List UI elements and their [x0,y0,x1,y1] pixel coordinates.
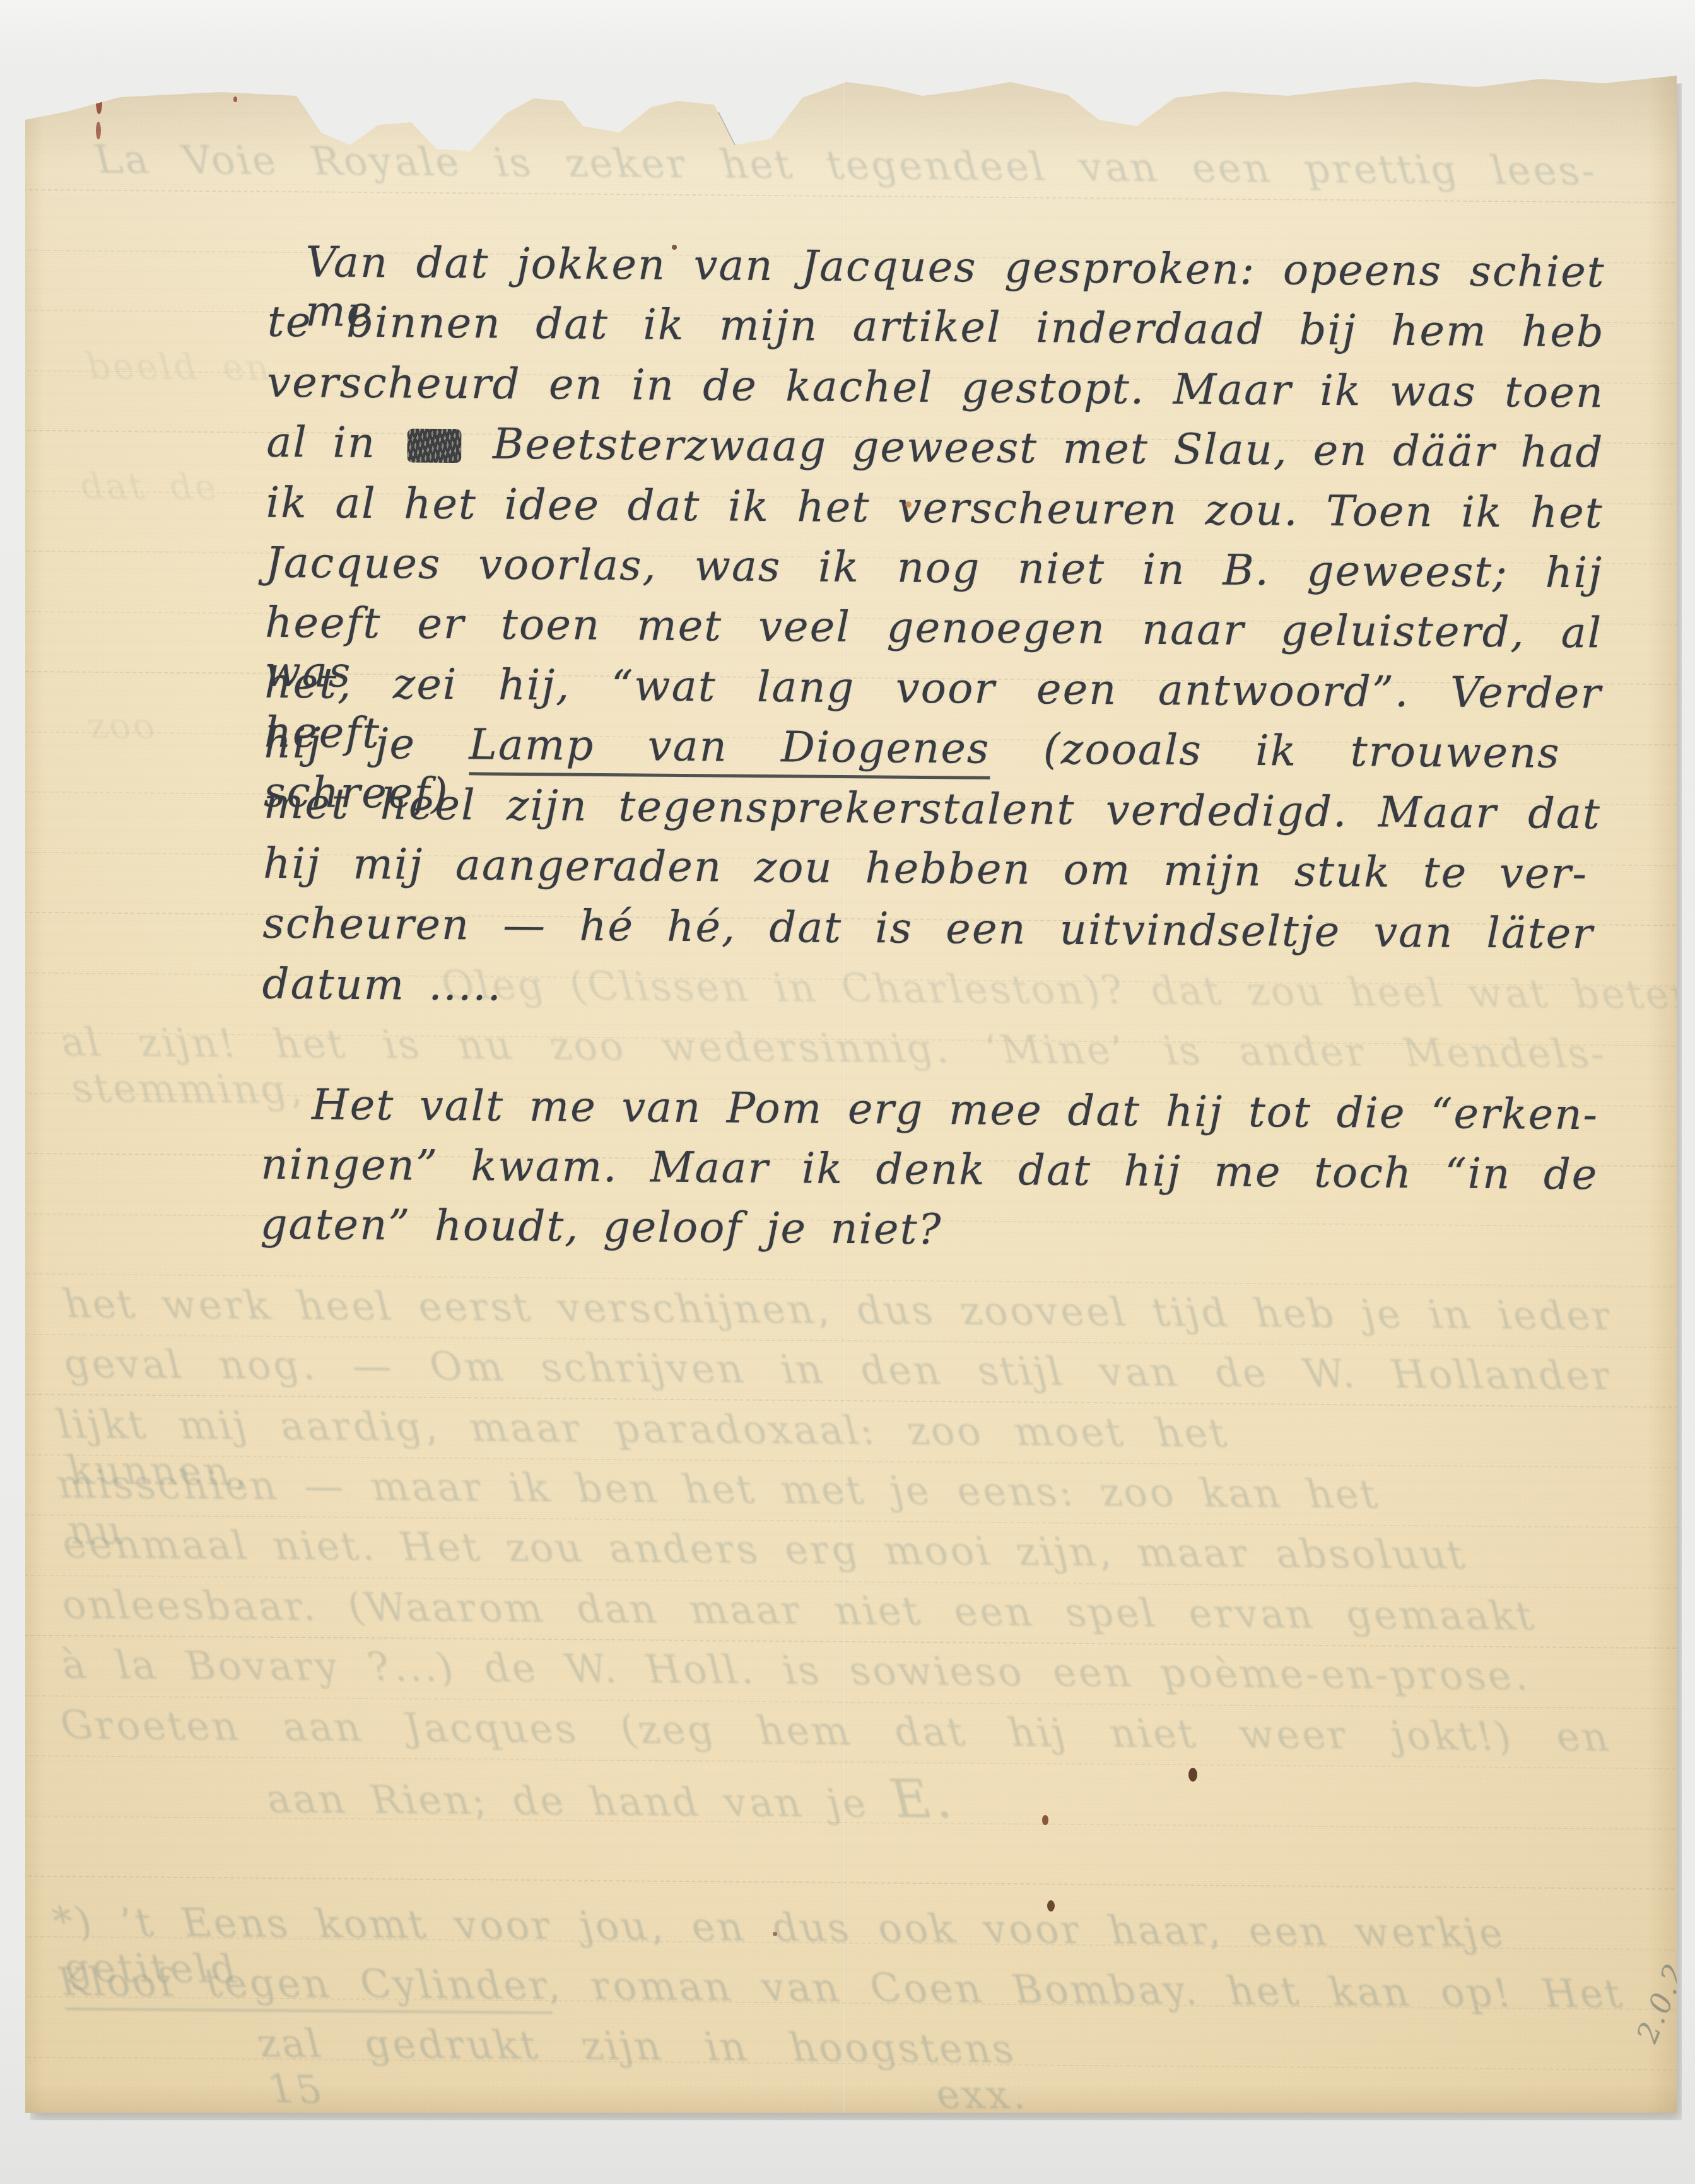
paper-stain [672,245,677,250]
ghost-header-line: La Voie Royale is zeker het tegendeel va… [90,136,1602,194]
paper-stain [1042,1815,1048,1825]
ink-line: met heel zijn tegensprekerstalent verded… [264,778,1602,838]
scanned-letter-page: La Voie Royale is zeker het tegendeel va… [0,0,1695,2184]
ghost-closing-line: à la Bovary ?...) de W. Holl. is sowieso… [56,1641,1534,1698]
ghost-mid-line: Oleg (Clissen in Charleston)? dat zou he… [437,962,1609,1017]
ruled-lines [33,30,1685,44]
paper-stain [905,501,912,508]
ink-line: scheuren — hé hé, dat is een uitvindselt… [262,899,1594,959]
ghost-margin-fragment: beeld en [83,346,276,388]
scratched-out-word [407,429,461,464]
ink-line: ningen” kwam. Maar ik denk dat hij me to… [261,1140,1598,1200]
ink-line: al in Beetsterzwaag geweest met Slau, en… [266,418,1604,477]
ruled-line [9,1876,1681,1890]
ink-line: hij mij aangeraden zou hebben om mijn st… [263,839,1588,898]
paper-stain [1188,1768,1197,1782]
signature-initial: E. [884,1768,959,1831]
ink-line: ik al het idee dat ik het verscheuren zo… [266,477,1604,537]
ghost-closing-line: onleesbaar. (Waarom dan maar niet een sp… [56,1581,1540,1638]
underlined-text: Lamp van Diogenes [469,720,990,779]
paper-stain [233,96,237,102]
paper-stain [773,1932,777,1936]
ink-text-layer: Van dat jokken van Jacques gesproken: op… [33,30,1685,44]
page-content: La Voie Royale is zeker het tegendeel va… [17,30,1685,2119]
show-through-layer: La Voie Royale is zeker het tegendeel va… [33,30,1685,44]
paper-stain [96,122,101,139]
letter-paper: La Voie Royale is zeker het tegendeel va… [25,37,1677,2113]
ink-line: te binnen dat ik mijn artikel inderdaad … [267,297,1605,357]
ink-line: datum ..... [262,959,502,1010]
ghost-closing-line: aan Rien; de hand van je E. [258,1763,959,1831]
ghost-closing-line: Groeten aan Jacques (zeg hem dat hij nie… [56,1702,1616,1760]
underlined-text: Kloof tegen Cylinder [53,1958,552,2014]
paper-stain [96,90,102,114]
ghost-margin-fragment: zoo [83,705,161,747]
ink-line: gaten” houdt, geloof je niet? [260,1200,942,1254]
paper-stain [1047,1900,1055,1912]
ink-line: verscheurd en in de kachel gestopt. Maar… [267,358,1605,418]
ghost-margin-fragment: dat de [75,465,223,508]
ghost-footnote-line: zal gedrukt zijn in hoogstens 15 exx. [252,2020,1031,2118]
ghost-closing-line: geval nog. — Om schrijven in den stijl v… [58,1340,1618,1398]
paper-stain [1525,55,1530,62]
ink-line: Jacques voorlas, was ik nog niet in B. g… [266,538,1604,598]
ghost-closing-line: het werk heel eerst verschijnen, dus zoo… [59,1280,1619,1338]
ink-line: Het valt me van Pom erg mee dat hij tot … [312,1080,1599,1139]
